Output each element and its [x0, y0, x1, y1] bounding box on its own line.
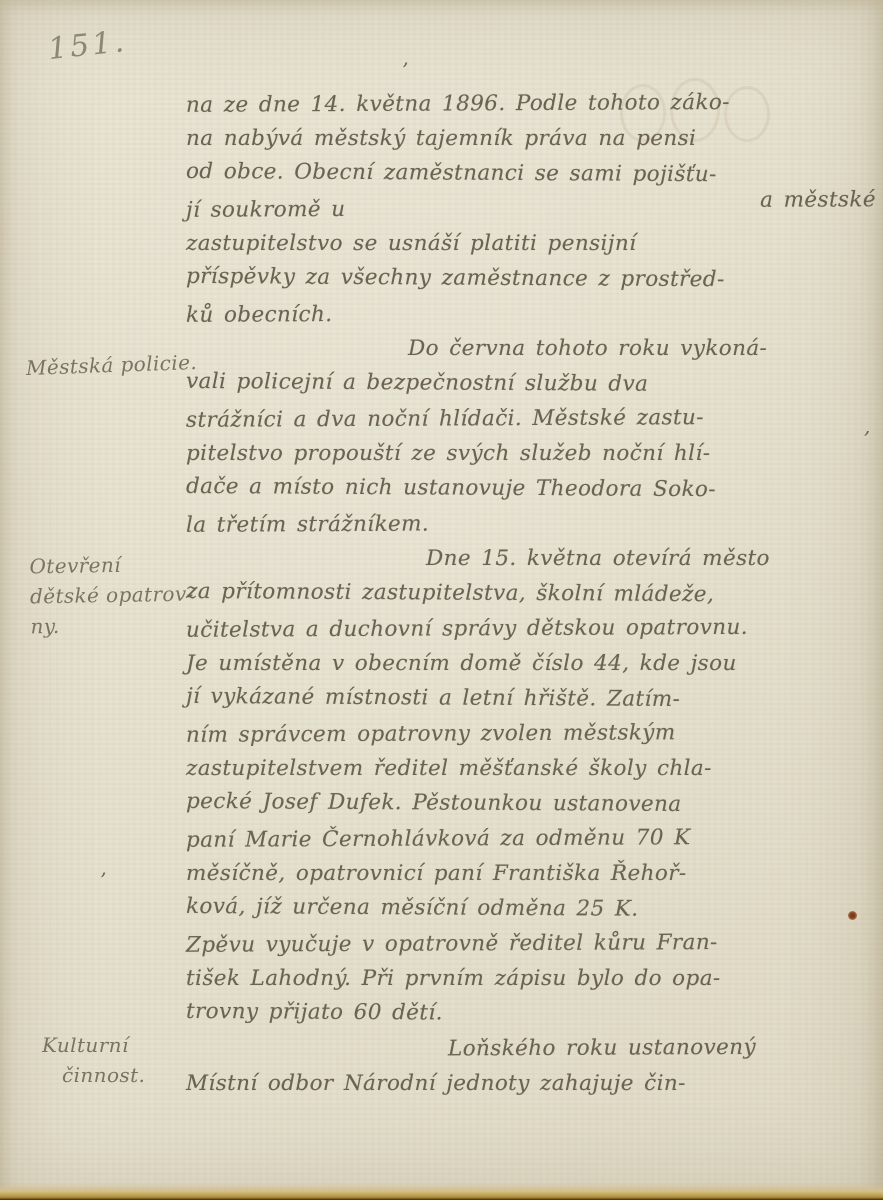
margin-note-line: Otevření	[29, 549, 193, 582]
manuscript-line: Dne 15. května otevírá město	[186, 541, 876, 576]
margin-note-mestska-policie: Městská policie.	[26, 347, 198, 383]
manuscript-line: učitelstva a duchovní správy dětskou opa…	[186, 609, 876, 648]
stray-pen-mark: ’	[402, 58, 408, 82]
manuscript-line: za přítomnosti zastupitelstva, školní ml…	[186, 574, 876, 613]
manuscript-line: měsíčně, opatrovnicí paní Františka Řeho…	[186, 856, 876, 891]
manuscript-line: ním správcem opatrovny zvolen městským	[186, 714, 876, 753]
manuscript-line: jí vykázané místnosti a letní hřiště. Za…	[186, 679, 876, 718]
manuscript-line: na ze dne 14. května 1896. Podle tohoto …	[186, 84, 876, 123]
manuscript-line: dače a místo nich ustanovuje Theodora So…	[186, 469, 876, 508]
margin-note-line: dětské opatrov-	[30, 579, 194, 612]
manuscript-line: pecké Josef Dufek. Pěstounkou ustanovena	[186, 784, 876, 823]
manuscript-line: Zpěvu vyučuje v opatrovně ředitel kůru F…	[186, 924, 876, 963]
manuscript-line: trovny přijato 60 dětí.	[186, 994, 876, 1033]
manuscript-line: Je umístěna v obecním domě číslo 44, kde…	[186, 646, 876, 681]
manuscript-line: la třetím strážníkem.	[186, 504, 876, 543]
margin-note-line: činnost.	[42, 1060, 145, 1090]
manuscript-line: pitelstvo propouští ze svých služeb nočn…	[186, 436, 876, 471]
manuscript-line: Loňského roku ustanovený	[186, 1029, 876, 1068]
manuscript-line: strážníci a dva noční hlídači. Městské z…	[186, 399, 876, 438]
margin-note-kulturni-cinnost: Kulturní činnost.	[42, 1030, 145, 1090]
manuscript-line: jí soukromě ua městské	[186, 189, 876, 228]
manuscript-line: paní Marie Černohlávková za odměnu 70 K	[186, 819, 876, 858]
manuscript-line: příspěvky za všechny zaměstnance z prost…	[186, 259, 876, 298]
manuscript-line: vali policejní a bezpečnostní službu dva	[186, 364, 876, 403]
manuscript-line: Do června tohoto roku vykoná-	[186, 331, 876, 366]
page-bottom-edge	[0, 1184, 883, 1200]
margin-note-line: ny.	[30, 609, 194, 642]
manuscript-line: zastupitelstvo se usnáší platiti pensijn…	[186, 226, 876, 261]
manuscript-line: zastupitelstvem ředitel měšťanské školy …	[186, 751, 876, 786]
manuscript-text-column: na ze dne 14. května 1896. Podle tohoto …	[186, 86, 876, 1101]
margin-note-line: Městská policie.	[26, 347, 198, 383]
margin-note-line: Kulturní	[42, 1030, 145, 1060]
manuscript-line: ková, jíž určena měsíční odměna 25 K.	[186, 889, 876, 928]
manuscript-line: ků obecních.	[186, 294, 876, 333]
margin-note-otevreni-opatrovny: Otevření dětské opatrov- ny.	[29, 549, 194, 642]
manuscript-page: 151. ’ ’ , Městská policie. Otevření dět…	[0, 0, 883, 1200]
margin-pen-mark: ’	[100, 868, 106, 892]
manuscript-line: na nabývá městský tajemník práva na pens…	[186, 121, 876, 156]
manuscript-line: tišek Lahodný. Při prvním zápisu bylo do…	[186, 961, 876, 996]
manuscript-line: Místní odbor Národní jednoty zahajuje či…	[186, 1066, 876, 1101]
page-number: 151.	[46, 24, 128, 67]
